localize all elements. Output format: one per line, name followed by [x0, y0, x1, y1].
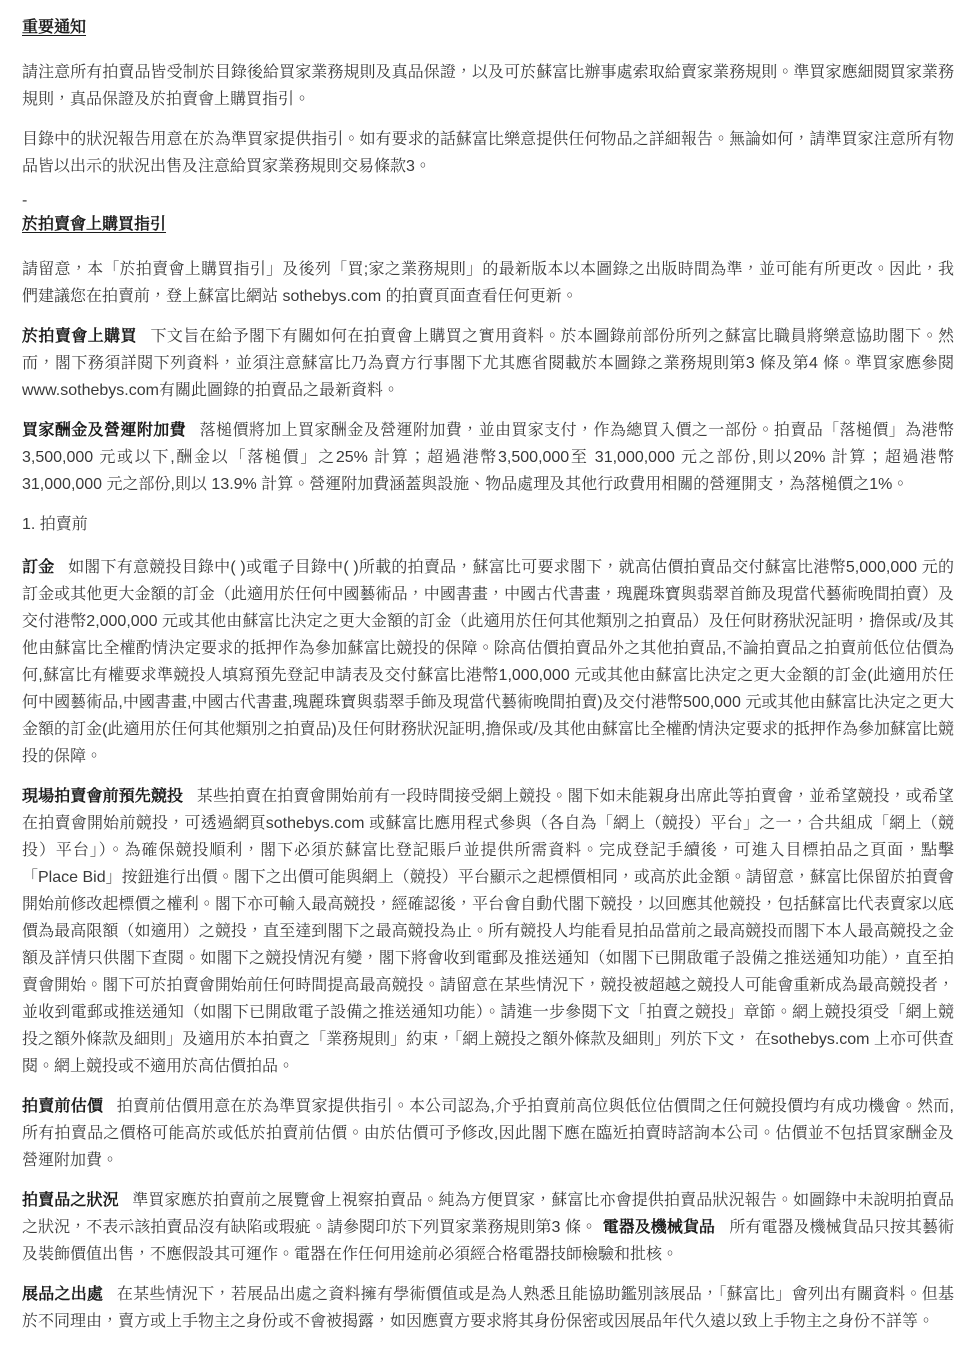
deposit-body: 如閣下有意競投目錄中( )或電子目錄中( )所載的拍賣品，蘇富比可要求閣下，就高… — [22, 559, 954, 765]
section-heading-important-notice: 重要通知 — [22, 14, 954, 41]
condition-lead: 拍賣品之狀況 — [22, 1192, 119, 1209]
notice-paragraph-1: 請注意所有拍賣品皆受制於目錄後給買家業務規則及真品保證，以及可於蘇富比辦事處索取… — [22, 59, 954, 113]
buying-at-auction-lead: 於拍賣會上購買 — [22, 328, 137, 345]
condition-paragraph: 拍賣品之狀況準買家應於拍賣前之展覽會上視察拍賣品。純為方便買家，蘇富比亦會提供拍… — [22, 1187, 954, 1268]
provenance-body: 在某些情況下，若展品出處之資料擁有學術價值或是為人熟悉且能協助鑑別該展品，「蘇富… — [22, 1286, 954, 1330]
estimates-body: 拍賣前估價用意在於為準買家提供指引。本公司認為,介乎拍賣前高位與低位估價間之任何… — [22, 1098, 954, 1169]
section-heading-buying-guide: 於拍賣會上購買指引 — [22, 211, 954, 238]
estimates-paragraph: 拍賣前估價拍賣前估價用意在於為準買家提供指引。本公司認為,介乎拍賣前高位與低位估… — [22, 1093, 954, 1174]
divider-dash: - — [22, 193, 954, 208]
buyers-premium-lead: 買家酬金及營運附加費 — [22, 422, 186, 439]
deposit-paragraph: 訂金如閣下有意競投目錄中( )或電子目錄中( )所載的拍賣品，蘇富比可要求閣下，… — [22, 554, 954, 770]
advance-bidding-lead: 現場拍賣會前預先競投 — [22, 788, 183, 805]
guide-intro-paragraph: 請留意，本「於拍賣會上購買指引」及後列「買;家之業務規則」的最新版本以本圖錄之出… — [22, 256, 954, 310]
electrical-goods-lead: 電器及機械貨品 — [603, 1219, 715, 1236]
advance-bidding-paragraph: 現場拍賣會前預先競投某些拍賣在拍賣會開始前有一段時間接受網上競投。閣下如未能親身… — [22, 783, 954, 1080]
document-page: 重要通知 請注意所有拍賣品皆受制於目錄後給買家業務規則及真品保證，以及可於蘇富比… — [0, 0, 974, 1345]
notice-paragraph-2: 目錄中的狀況報告用意在於為準買家提供指引。如有要求的話蘇富比樂意提供任何物品之詳… — [22, 126, 954, 180]
advance-bidding-body: 某些拍賣在拍賣會開始前有一段時間接受網上競投。閣下如未能親身出席此等拍賣會，並希… — [22, 788, 954, 1075]
buying-at-auction-body: 下文旨在給予閣下有關如何在拍賣會上購買之實用資料。於本圖錄前部份所列之蘇富比職員… — [22, 328, 954, 399]
provenance-paragraph: 展品之出處在某些情況下，若展品出處之資料擁有學術價值或是為人熟悉且能協助鑑別該展… — [22, 1281, 954, 1335]
estimates-lead: 拍賣前估價 — [22, 1098, 103, 1115]
provenance-lead: 展品之出處 — [22, 1286, 103, 1303]
deposit-lead: 訂金 — [22, 559, 54, 576]
pre-auction-section-label: 1. 拍賣前 — [22, 511, 954, 538]
buying-at-auction-paragraph: 於拍賣會上購買下文旨在給予閣下有關如何在拍賣會上購買之實用資料。於本圖錄前部份所… — [22, 323, 954, 404]
buyers-premium-paragraph: 買家酬金及營運附加費落槌價將加上買家酬金及營運附加費，並由買家支付，作為總買入價… — [22, 417, 954, 498]
